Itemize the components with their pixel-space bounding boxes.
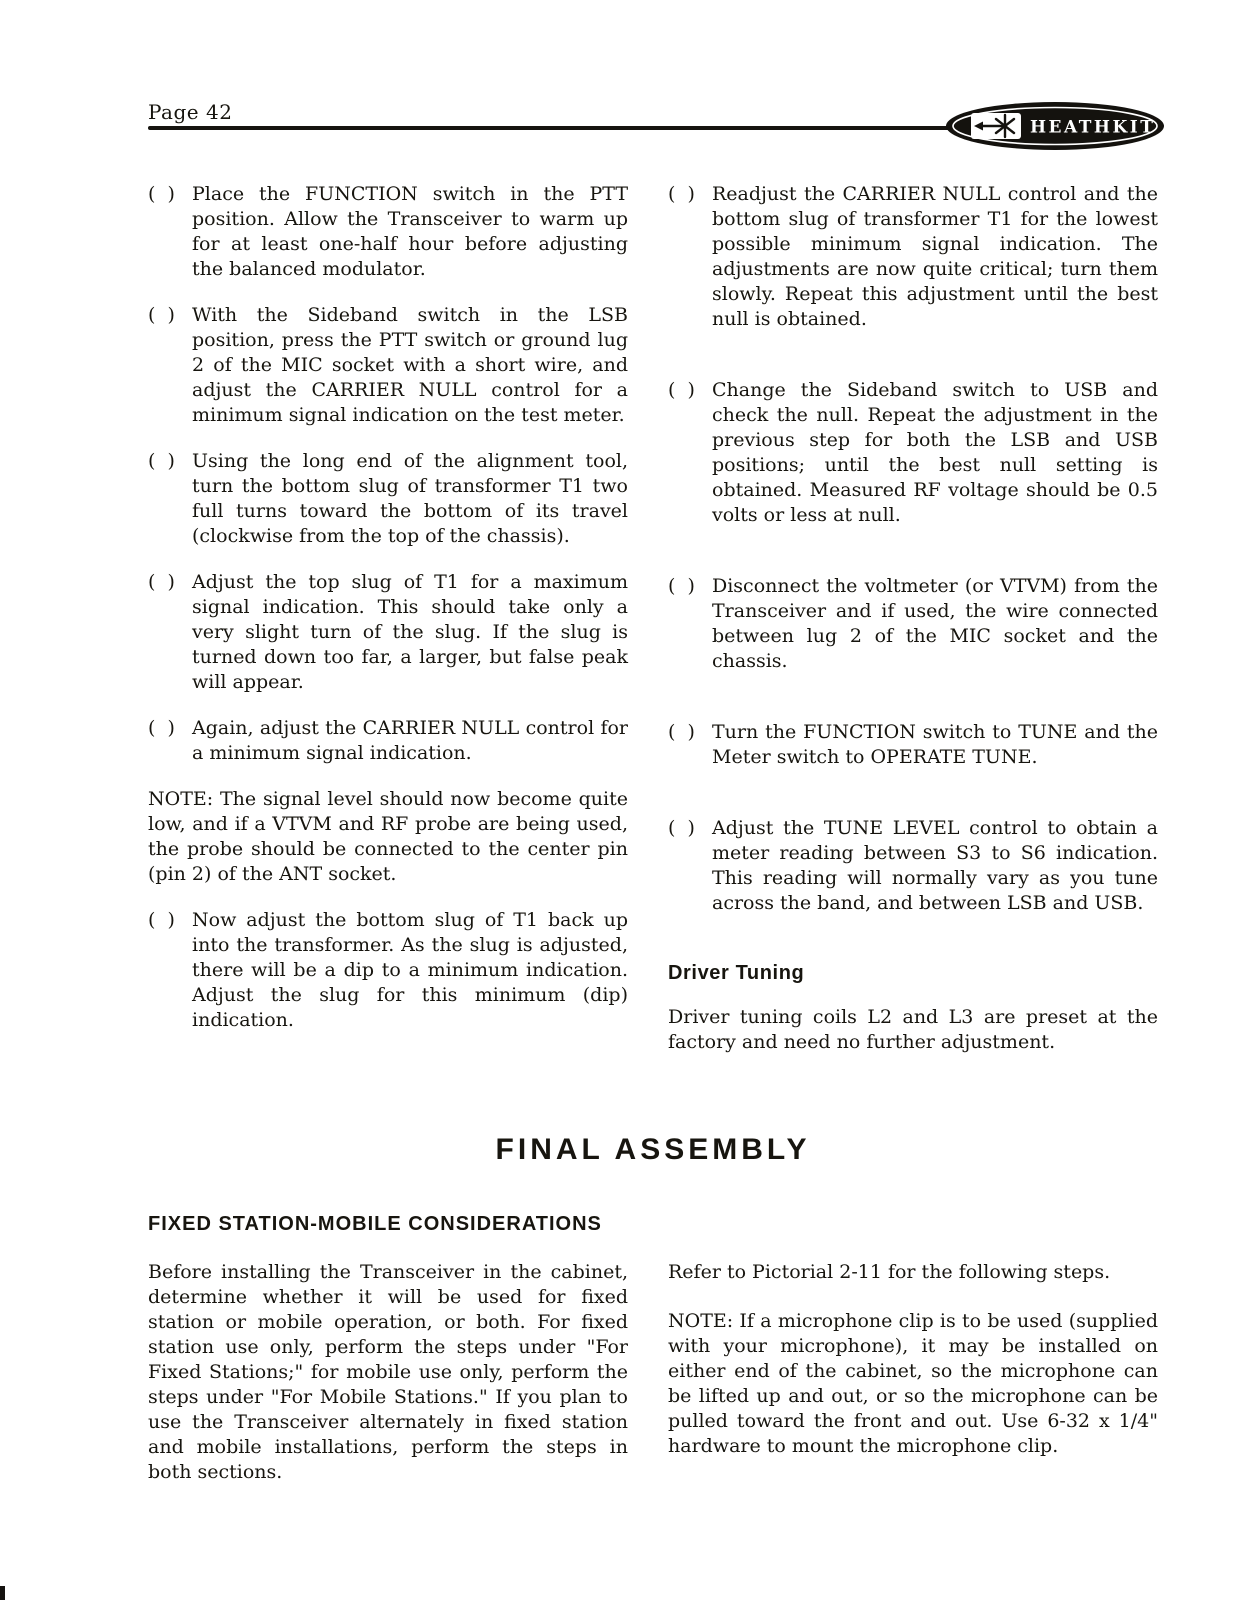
final-assembly-section: Before installing the Transceiver in the…: [148, 1260, 1158, 1485]
checklist-step: ( ) Adjust the top slug of T1 for a maxi…: [148, 570, 628, 695]
step-text: With the Sideband switch in the LSB posi…: [192, 303, 628, 428]
step-text: Place the FUNCTION switch in the PTT pos…: [192, 182, 628, 282]
bottom-left-column: Before installing the Transceiver in the…: [148, 1260, 628, 1485]
step-text: Using the long end of the alignment tool…: [192, 449, 628, 549]
checkbox-blank: ( ): [148, 716, 192, 741]
tuning-steps-section: ( ) Place the FUNCTION switch in the PTT…: [148, 182, 1158, 1055]
checklist-step: ( ) Now adjust the bottom slug of T1 bac…: [148, 908, 628, 1033]
microphone-clip-note: NOTE: If a microphone clip is to be used…: [668, 1309, 1158, 1459]
step-text: Turn the FUNCTION switch to TUNE and the…: [712, 720, 1158, 770]
note-paragraph: NOTE: The signal level should now become…: [148, 787, 628, 887]
checklist-step: ( ) Again, adjust the CARRIER NULL contr…: [148, 716, 628, 766]
checkbox-blank: ( ): [148, 182, 192, 207]
checklist-step: ( ) Readjust the CARRIER NULL control an…: [668, 182, 1158, 332]
checkbox-blank: ( ): [668, 378, 712, 403]
heathkit-logo-graphic: HEATHKIT: [944, 100, 1166, 152]
pictorial-reference-line: Refer to Pictorial 2-11 for the followin…: [668, 1260, 1158, 1285]
logo-wordmark: HEATHKIT: [1030, 118, 1155, 138]
checkbox-blank: ( ): [148, 449, 192, 474]
right-column: ( ) Readjust the CARRIER NULL control an…: [668, 182, 1158, 1055]
bottom-right-column: Refer to Pictorial 2-11 for the followin…: [668, 1260, 1158, 1459]
checklist-step: ( ) Disconnect the voltmeter (or VTVM) f…: [668, 574, 1158, 674]
manual-page: Page 42 HEATHKIT ( ) Plac: [148, 100, 1158, 1485]
scan-artifact: [0, 1586, 5, 1600]
checkbox-blank: ( ): [668, 574, 712, 599]
checklist-step: ( ) Using the long end of the alignment …: [148, 449, 628, 549]
step-text: Adjust the top slug of T1 for a maximum …: [192, 570, 628, 695]
step-text: Change the Sideband switch to USB and ch…: [712, 378, 1158, 528]
checkbox-blank: ( ): [148, 908, 192, 933]
page-header: Page 42 HEATHKIT: [148, 100, 1158, 152]
checkbox-blank: ( ): [668, 816, 712, 841]
checkbox-blank: ( ): [148, 303, 192, 328]
step-text: Again, adjust the CARRIER NULL control f…: [192, 716, 628, 766]
final-assembly-title: FINAL ASSEMBLY: [148, 1133, 1158, 1167]
step-text: Adjust the TUNE LEVEL control to obtain …: [712, 816, 1158, 916]
header-rule: [148, 126, 1010, 130]
checkbox-blank: ( ): [668, 182, 712, 207]
heathkit-logo: HEATHKIT: [944, 100, 1166, 152]
left-column: ( ) Place the FUNCTION switch in the PTT…: [148, 182, 628, 1054]
checklist-step: ( ) Change the Sideband switch to USB an…: [668, 378, 1158, 528]
fixed-station-mobile-heading: FIXED STATION-MOBILE CONSIDERATIONS: [148, 1213, 1158, 1236]
driver-tuning-paragraph: Driver tuning coils L2 and L3 are preset…: [668, 1005, 1158, 1055]
step-text: Readjust the CARRIER NULL control and th…: [712, 182, 1158, 332]
fixed-station-paragraph: Before installing the Transceiver in the…: [148, 1260, 628, 1485]
checklist-step: ( ) Adjust the TUNE LEVEL control to obt…: [668, 816, 1158, 916]
step-text: Now adjust the bottom slug of T1 back up…: [192, 908, 628, 1033]
driver-tuning-heading: Driver Tuning: [668, 962, 1158, 985]
step-text: Disconnect the voltmeter (or VTVM) from …: [712, 574, 1158, 674]
checklist-step: ( ) Place the FUNCTION switch in the PTT…: [148, 182, 628, 282]
checkbox-blank: ( ): [148, 570, 192, 595]
checkbox-blank: ( ): [668, 720, 712, 745]
checklist-step: ( ) Turn the FUNCTION switch to TUNE and…: [668, 720, 1158, 770]
checklist-step: ( ) With the Sideband switch in the LSB …: [148, 303, 628, 428]
